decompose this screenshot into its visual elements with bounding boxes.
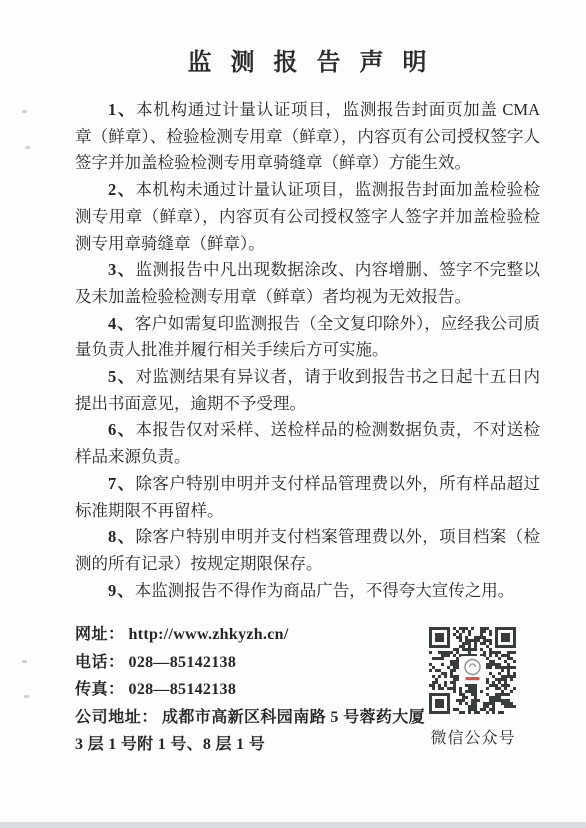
website-line: 网址：http://www.zhkyzh.cn/ [75,621,425,649]
paragraph-text: 监测报告中凡出现数据涂改、内容增删、签字不完整以及未加盖检验检测专用章（鲜章）者… [75,260,540,306]
statement-paragraph: 2、本机构未通过计量认证项目，监测报告封面加盖检验检测专用章（鲜章），内容页有公… [75,177,540,257]
paragraph-text: 除客户特别申明并支付档案管理费以外，项目档案（检测的所有记录）按规定期限保存。 [75,527,540,573]
paragraph-text: 除客户特别申明并支付样品管理费以外，所有样品超过标准期限不再留样。 [75,474,540,520]
paragraph-number: 1、 [108,100,136,119]
scan-artifact [22,110,27,113]
paragraph-number: 9、 [108,581,135,600]
qr-block: 微信公众号 [429,627,517,748]
website-label: 网址： [75,626,125,643]
statement-paragraph: 3、监测报告中凡出现数据涂改、内容增删、签字不完整以及未加盖检验检测专用章（鲜章… [75,257,540,310]
wechat-qr-code-icon [429,627,516,714]
statement-paragraphs: 1、本机构通过计量认证项目，监测报告封面页加盖 CMA 章（鲜章）、检验检测专用… [75,97,540,604]
address-line: 公司地址：成都市高新区科园南路 5 号蓉药大厦 3 层 1 号附 1 号、8 层… [75,704,425,759]
statement-paragraph: 6、本报告仅对采样、送检样品的检测数据负责，不对送检样品来源负责。 [75,417,540,470]
fax-value: 028—85142138 [129,681,237,698]
paragraph-number: 4、 [108,314,135,333]
statement-paragraph: 1、本机构通过计量认证项目，监测报告封面页加盖 CMA 章（鲜章）、检验检测专用… [75,97,540,177]
page-title: 监 测 报 告 声 明 [75,42,544,77]
phone-value: 028—85142138 [129,654,237,671]
paragraph-number: 5、 [108,367,136,386]
statement-paragraph: 4、客户如需复印监测报告（全文复印除外），应经我公司质量负责人批准并履行相关手续… [75,311,540,364]
phone-line: 电话：028—85142138 [75,649,425,677]
website-value: http://www.zhkyzh.cn/ [129,626,289,643]
fax-label: 传真： [75,681,125,698]
paragraph-text: 本机构未通过计量认证项目，监测报告封面加盖检验检测专用章（鲜章），内容页有公司授… [75,180,540,252]
fax-line: 传真：028—85142138 [75,676,425,704]
scan-artifact [24,695,29,698]
paragraph-text: 本机构通过计量认证项目，监测报告封面页加盖 CMA 章（鲜章）、检验检测专用章（… [75,100,540,172]
statement-paragraph: 7、除客户特别申明并支付样品管理费以外，所有样品超过标准期限不再留样。 [75,471,540,524]
paragraph-number: 6、 [108,420,136,439]
statement-paragraph: 8、除客户特别申明并支付档案管理费以外，项目档案（检测的所有记录）按规定期限保存… [75,524,540,577]
paragraph-number: 7、 [108,474,136,493]
contact-info: 网址：http://www.zhkyzh.cn/ 电话：028—85142138… [75,621,425,759]
report-statement-page: 监 测 报 告 声 明 1、本机构通过计量认证项目，监测报告封面页加盖 CMA … [0,0,586,828]
paragraph-text: 本监测报告不得作为商品广告，不得夸大宣传之用。 [135,581,515,600]
paragraph-number: 2、 [108,180,136,199]
qr-caption: 微信公众号 [429,725,517,748]
statement-paragraph: 5、对监测结果有异议者，请于收到报告书之日起十五日内提出书面意见，逾期不予受理。 [75,364,540,417]
paragraph-text: 客户如需复印监测报告（全文复印除外），应经我公司质量负责人批准并履行相关手续后方… [75,314,540,360]
scan-artifact [25,146,30,149]
scan-artifact [22,660,27,663]
scan-edge-strip [0,822,586,828]
statement-paragraph: 9、本监测报告不得作为商品广告，不得夸大宣传之用。 [75,578,540,605]
paragraph-number: 8、 [108,527,136,546]
address-label: 公司地址： [75,709,158,726]
paragraph-text: 本报告仅对采样、送检样品的检测数据负责，不对送检样品来源负责。 [75,420,540,466]
paragraph-number: 3、 [108,260,136,279]
phone-label: 电话： [75,654,125,671]
paragraph-text: 对监测结果有异议者，请于收到报告书之日起十五日内提出书面意见，逾期不予受理。 [75,367,540,413]
